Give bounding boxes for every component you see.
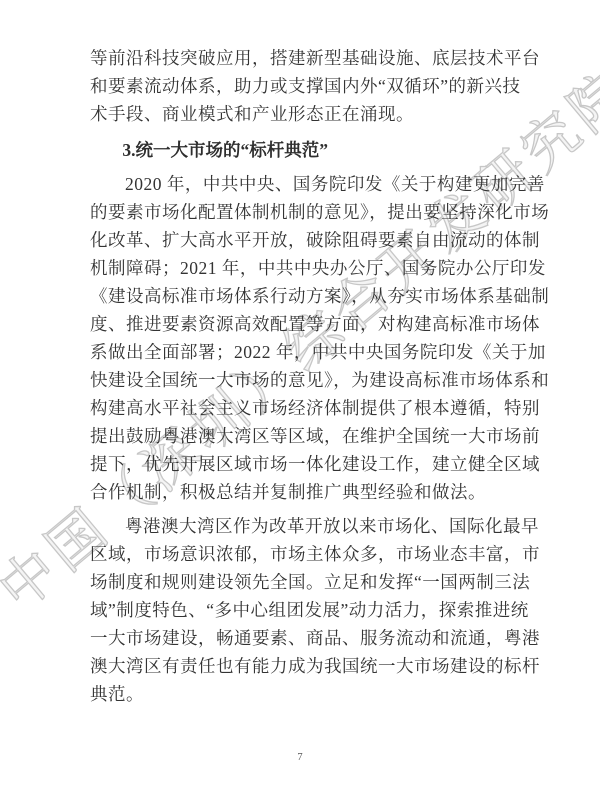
text-line: 区域，市场意识浓郁，市场主体众多，市场业态丰富，市 [90,540,512,568]
document-page: 中国（深圳）综合开发研究院中国（深圳）综合开发研究院 等前沿科技突破应用，搭建新… [0,0,600,788]
text-line: 典范。 [90,680,512,708]
text-line: 澳大湾区有责任也有能力成为我国统一大市场建设的标杆 [90,652,512,680]
text-line: 构建高水平社会主义市场经济体制提供了根本遵循，特别 [90,394,512,422]
text-line: 度、推进要素资源高效配置等方面，对构建高标准市场体 [90,310,512,338]
text-line: 快建设全国统一大市场的意见》，为建设高标准市场体系和 [90,366,512,394]
text-line: 系做出全面部署；2022 年，中共中央国务院印发《关于加 [90,338,512,366]
text-line: 机制障碍；2021 年，中共中央办公厅、国务院办公厅印发 [90,254,512,282]
page-number: 7 [0,752,600,763]
text-line: 2020 年，中共中央、国务院印发《关于构建更加完善 [90,170,512,198]
text-line: 和要素流动体系，助力或支撑国内外“双循环”的新兴技 [90,72,512,100]
document-body: 等前沿科技突破应用，搭建新型基础设施、底层技术平台 和要素流动体系，助力或支撑国… [90,44,512,708]
text-line: 一大市场建设，畅通要素、商品、服务流动和流通，粤港 [90,624,512,652]
section-heading-unified-market-benchmark: 3.统一大市场的“标杆典范” [90,136,512,164]
paragraph-policy-documents: 2020 年，中共中央、国务院印发《关于构建更加完善 的要素市场化配置体制机制的… [90,170,512,506]
text-line: 域”制度特色、“多中心组团发展”动力活力，探索推进统 [90,596,512,624]
paragraph-greater-bay-area: 粤港澳大湾区作为改革开放以来市场化、国际化最早 区域，市场意识浓郁，市场主体众多… [90,512,512,708]
text-line: 《建设高标准市场体系行动方案》，从夯实市场体系基础制 [90,282,512,310]
text-line: 粤港澳大湾区作为改革开放以来市场化、国际化最早 [90,512,512,540]
text-line: 等前沿科技突破应用，搭建新型基础设施、底层技术平台 [90,44,512,72]
text-line: 提出鼓励粤港澳大湾区等区域，在维护全国统一大市场前 [90,422,512,450]
text-line: 的要素市场化配置体制机制的意见》，提出要坚持深化市场 [90,198,512,226]
paragraph-tech-trends: 等前沿科技突破应用，搭建新型基础设施、底层技术平台 和要素流动体系，助力或支撑国… [90,44,512,128]
text-line: 场制度和规则建设领先全国。立足和发挥“一国两制三法 [90,568,512,596]
text-line: 提下，优先开展区域市场一体化建设工作，建立健全区域 [90,450,512,478]
text-line: 术手段、商业模式和产业形态正在涌现。 [90,100,512,128]
text-line: 化改革、扩大高水平开放，破除阻碍要素自由流动的体制 [90,226,512,254]
text-line: 合作机制，积极总结并复制推广典型经验和做法。 [90,478,512,506]
